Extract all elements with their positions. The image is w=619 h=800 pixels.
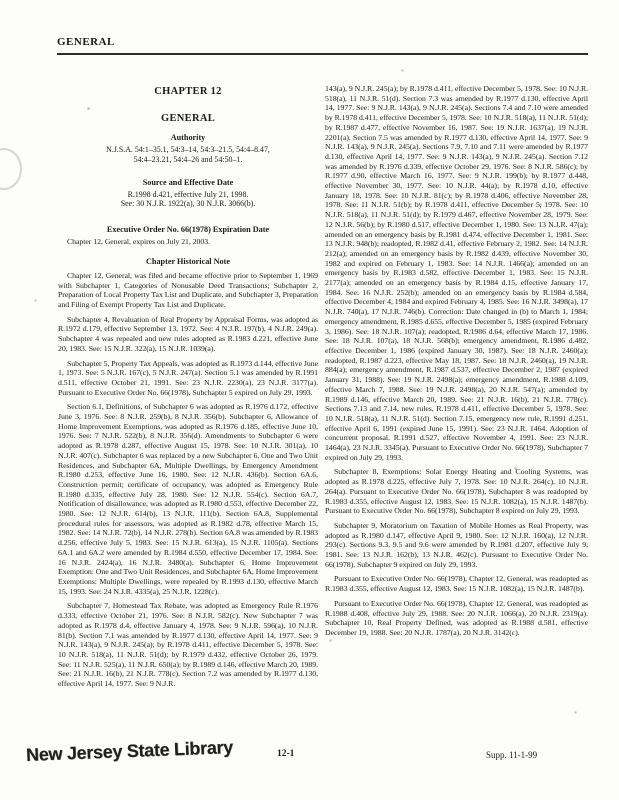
chapter-title: GENERAL <box>58 113 318 124</box>
historical-paragraph: Subchapter 7, Homestead Tax Rebate, was … <box>58 601 318 688</box>
authority-line: N.J.S.A. 54:1–35.1, 54:3–14, 54:3–21.5, … <box>58 145 318 155</box>
supplement-date: Supp. 11-1-99 <box>486 750 537 760</box>
historical-paragraph: Subchapter 9, Moratorium on Taxation of … <box>325 521 588 570</box>
right-column: 143(a), 9 N.J.R. 245(a); by R.1978 d.411… <box>325 84 588 736</box>
scan-noise <box>0 0 1 1</box>
authority-heading: Authority <box>58 133 318 142</box>
historical-note-heading: Chapter Historical Note <box>58 257 318 266</box>
expiration-heading: Executive Order No. 66(1978) Expiration … <box>58 225 318 234</box>
source-line: See: 30 N.J.R. 1922(a), 30 N.J.R. 3066(b… <box>58 199 318 209</box>
historical-paragraph: Pursuant to Executive Order No. 66(1978)… <box>325 574 588 593</box>
hole-punch-mark <box>0 148 22 190</box>
authority-line: 54:4–23.21, 54:4–26 and 54:50–1. <box>58 155 318 165</box>
scanned-document-page: GENERAL CHAPTER 12 GENERAL Authority N.J… <box>0 0 619 800</box>
historical-paragraph: Chapter 12, General, was filed and becam… <box>58 271 318 310</box>
historical-paragraph: Subchapter 8, Exemptions: Solar Energy H… <box>325 467 588 516</box>
library-stamp: New Jersey State Library <box>26 737 234 766</box>
left-column: CHAPTER 12 GENERAL Authority N.J.S.A. 54… <box>58 84 318 745</box>
running-header: GENERAL <box>57 36 115 48</box>
historical-paragraph: Section 6.1, Definitions, of Subchapter … <box>58 402 318 596</box>
header-rule <box>57 53 588 55</box>
historical-paragraph: 143(a), 9 N.J.R. 245(a); by R.1978 d.411… <box>325 84 588 462</box>
page-number: 12-1 <box>277 749 294 759</box>
expiration-text: Chapter 12, General, expires on July 21,… <box>58 237 318 247</box>
historical-paragraph: Subchapter 4, Revaluation of Real Proper… <box>58 315 318 354</box>
historical-paragraph: Pursuant to Executive Order No. 66(1978)… <box>325 599 588 638</box>
historical-paragraph: Subchapter 5, Property Tax Appeals, was … <box>58 359 318 398</box>
source-line: R.1998 d.421, effective July 21, 1998. <box>58 190 318 200</box>
source-heading: Source and Effective Date <box>58 178 318 187</box>
chapter-number-heading: CHAPTER 12 <box>58 86 318 97</box>
